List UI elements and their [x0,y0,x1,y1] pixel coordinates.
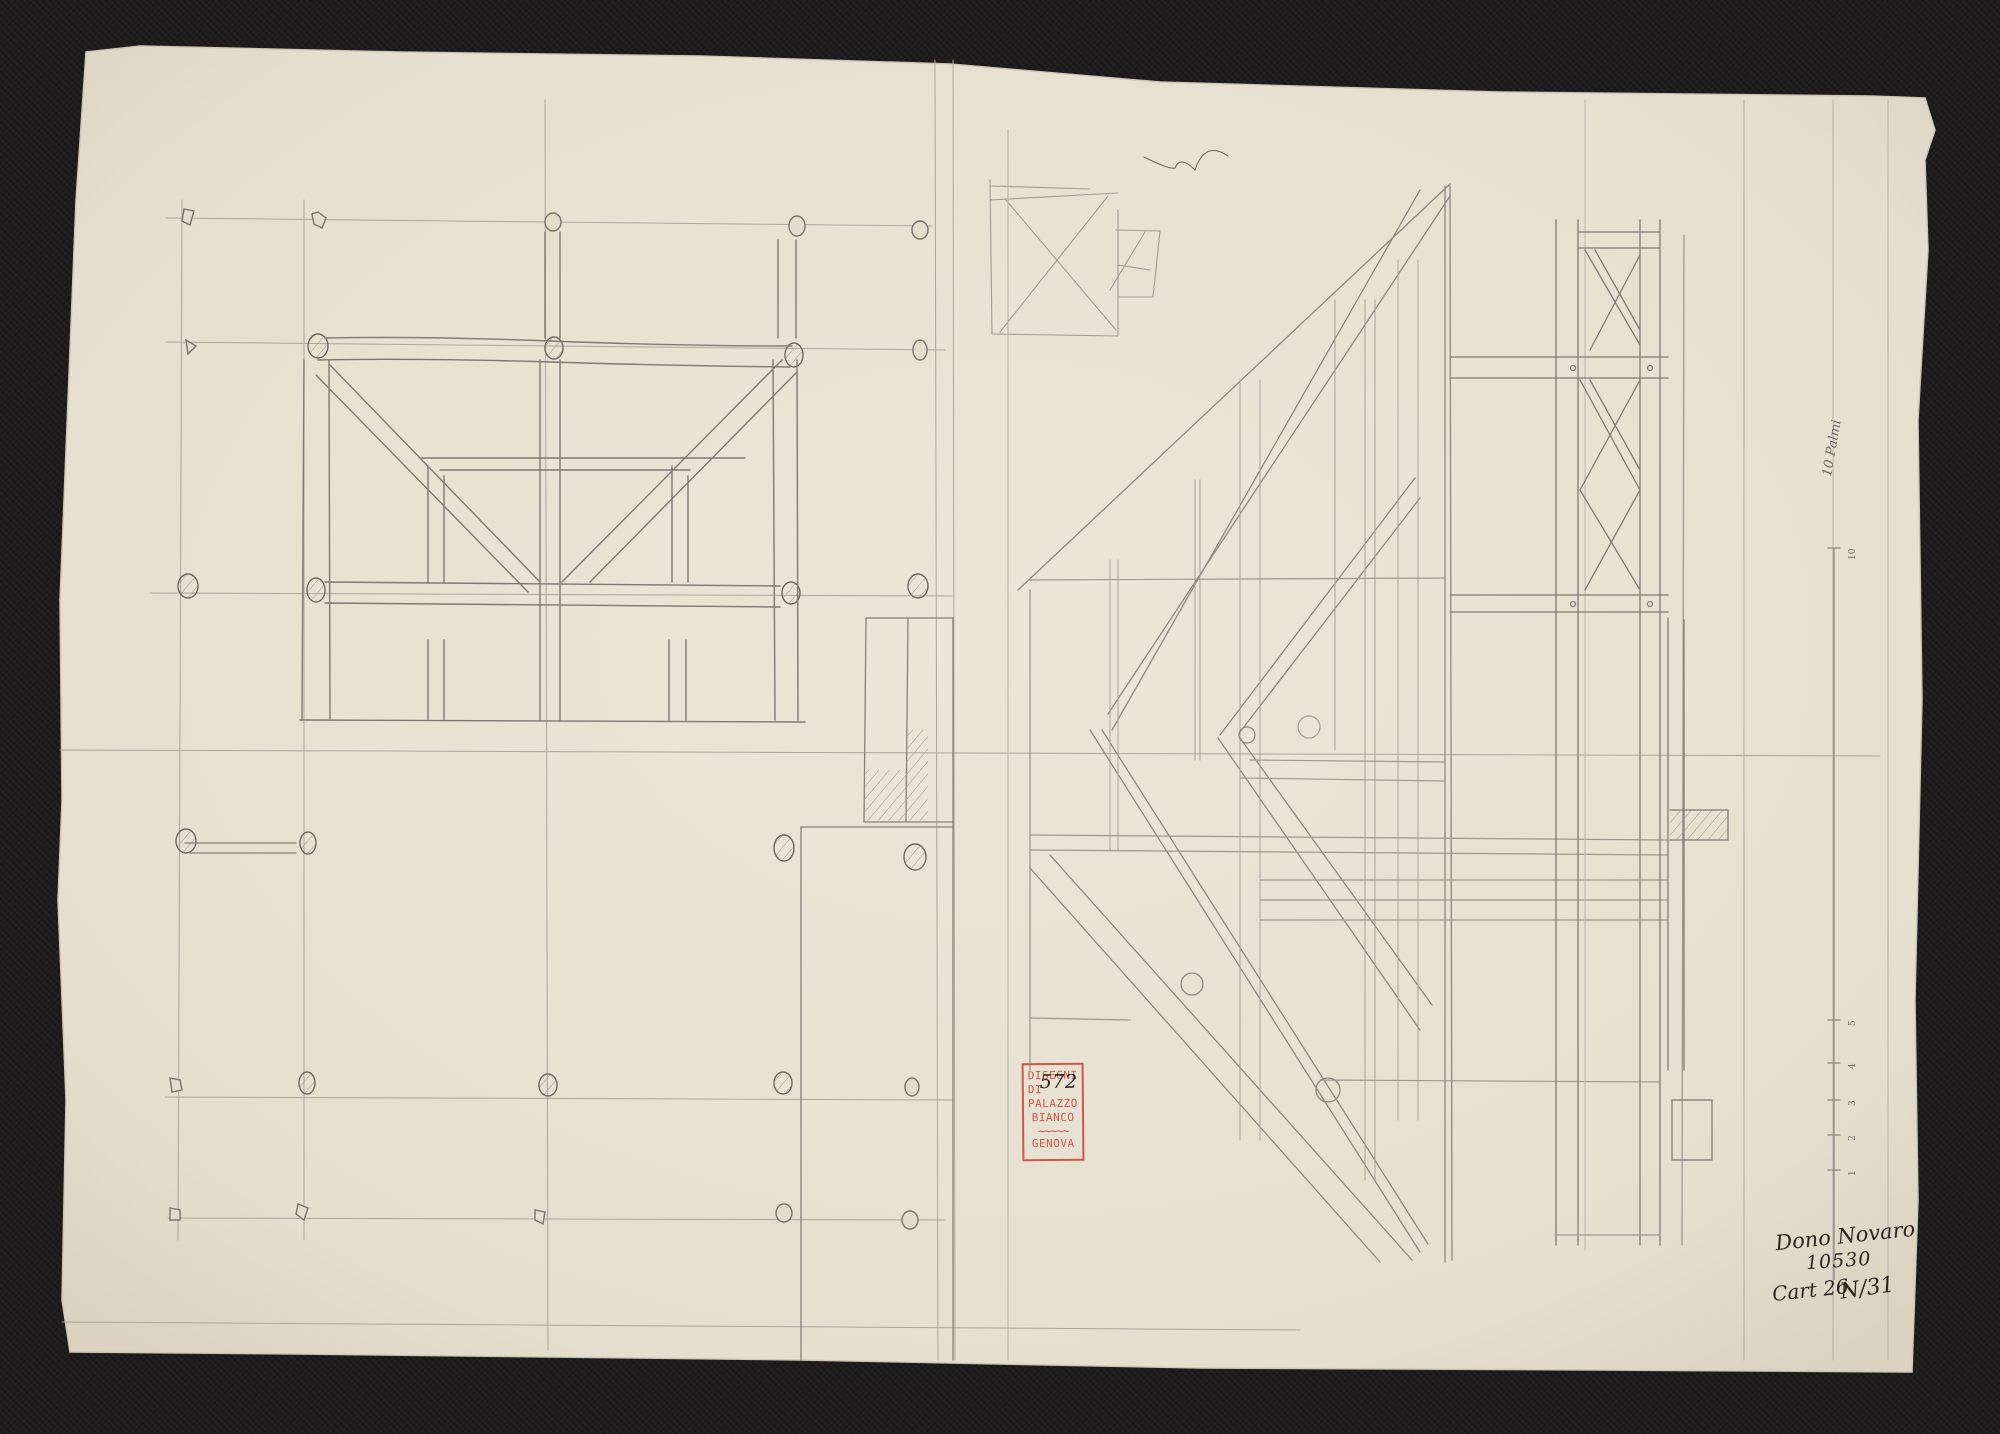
scale-tick-3: 3 [1848,1100,1858,1106]
scale-tick-2: 2 [1848,1135,1858,1141]
stamp-line-6: GENOVA [1024,1137,1082,1152]
paper [58,46,1935,1372]
inscription-inventory: 10530 [1805,1248,1872,1275]
scale-tick-1: 1 [1848,1170,1858,1176]
scale-tick-4: 4 [1848,1063,1858,1069]
stamp-wave-ornament: ~~~~~ [1024,1125,1082,1138]
scale-tick-5: 5 [1848,1020,1858,1026]
scale-tick-10: 10 [1848,549,1858,560]
stamp-handwritten-number: 572 [1040,1076,1078,1089]
stamp-line-3: PALAZZO [1024,1097,1082,1112]
drawing-sheet [0,0,2000,1434]
collection-stamp: DISEGNI DI PALAZZO BIANCO ~~~~~ GENOVA 5… [1022,1063,1085,1162]
